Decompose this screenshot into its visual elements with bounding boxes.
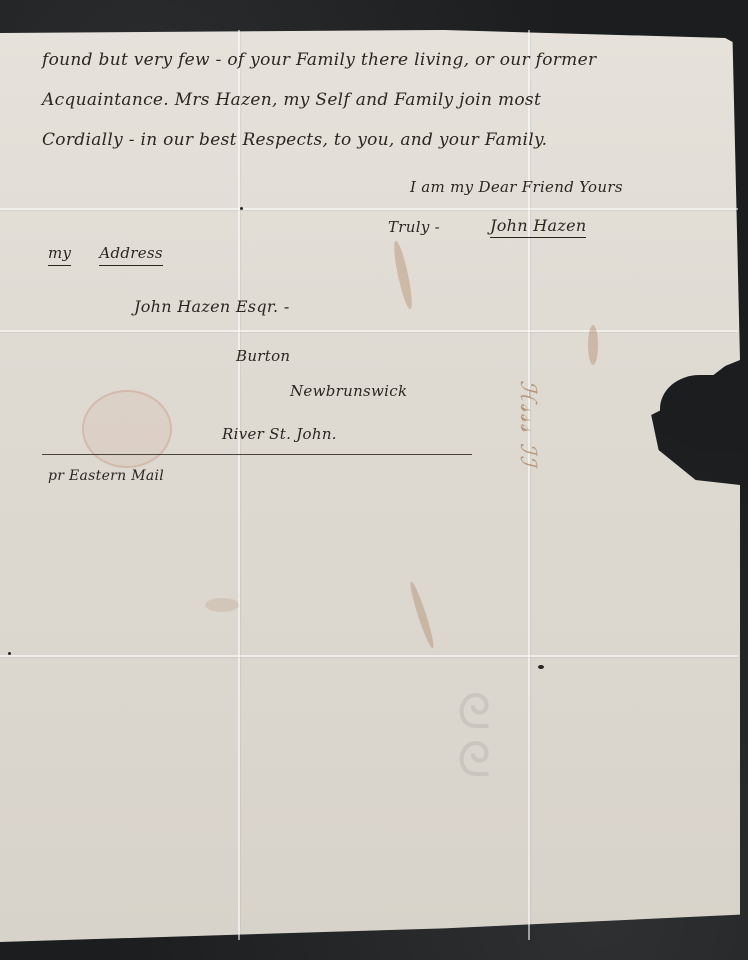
postmark-stamp xyxy=(82,390,172,468)
routing-note: pr Eastern Mail xyxy=(48,468,164,484)
fold-line-vertical xyxy=(238,30,240,940)
address-province: Newbrunswick xyxy=(290,382,407,400)
address-underline xyxy=(42,454,472,455)
closing-line: I am my Dear Friend Yours xyxy=(410,178,623,196)
fold-line-horizontal xyxy=(0,655,738,657)
letter-line-2: Acquaintance. Mrs Hazen, my Self and Fam… xyxy=(42,90,541,110)
pin-hole xyxy=(8,652,11,655)
fold-line-horizontal xyxy=(0,208,738,210)
letter-paper xyxy=(0,30,740,942)
ink-stain xyxy=(205,598,239,612)
docket-notation: ℋ𝓈𝓈𝓈 ℐℐ xyxy=(440,380,540,620)
pin-hole xyxy=(538,665,544,669)
pin-hole xyxy=(240,207,243,210)
address-region: River St. John. xyxy=(222,425,337,443)
closing-truly: Truly - xyxy=(388,218,440,236)
letter-line-3: Cordially - in our best Respects, to you… xyxy=(42,130,547,150)
address-town: Burton xyxy=(236,347,290,365)
address-name: John Hazen Esqr. - xyxy=(134,297,290,316)
signature: John Hazen xyxy=(490,216,586,238)
watermark: ᘓᘓ xyxy=(448,690,504,786)
address-label-word: Address xyxy=(99,244,163,266)
fold-line-horizontal xyxy=(0,330,738,332)
letter-line-1: found but very few - of your Family ther… xyxy=(42,50,596,70)
address-label: myAddress xyxy=(48,244,191,262)
address-label-word: my xyxy=(48,244,71,266)
ink-stain xyxy=(588,325,598,365)
